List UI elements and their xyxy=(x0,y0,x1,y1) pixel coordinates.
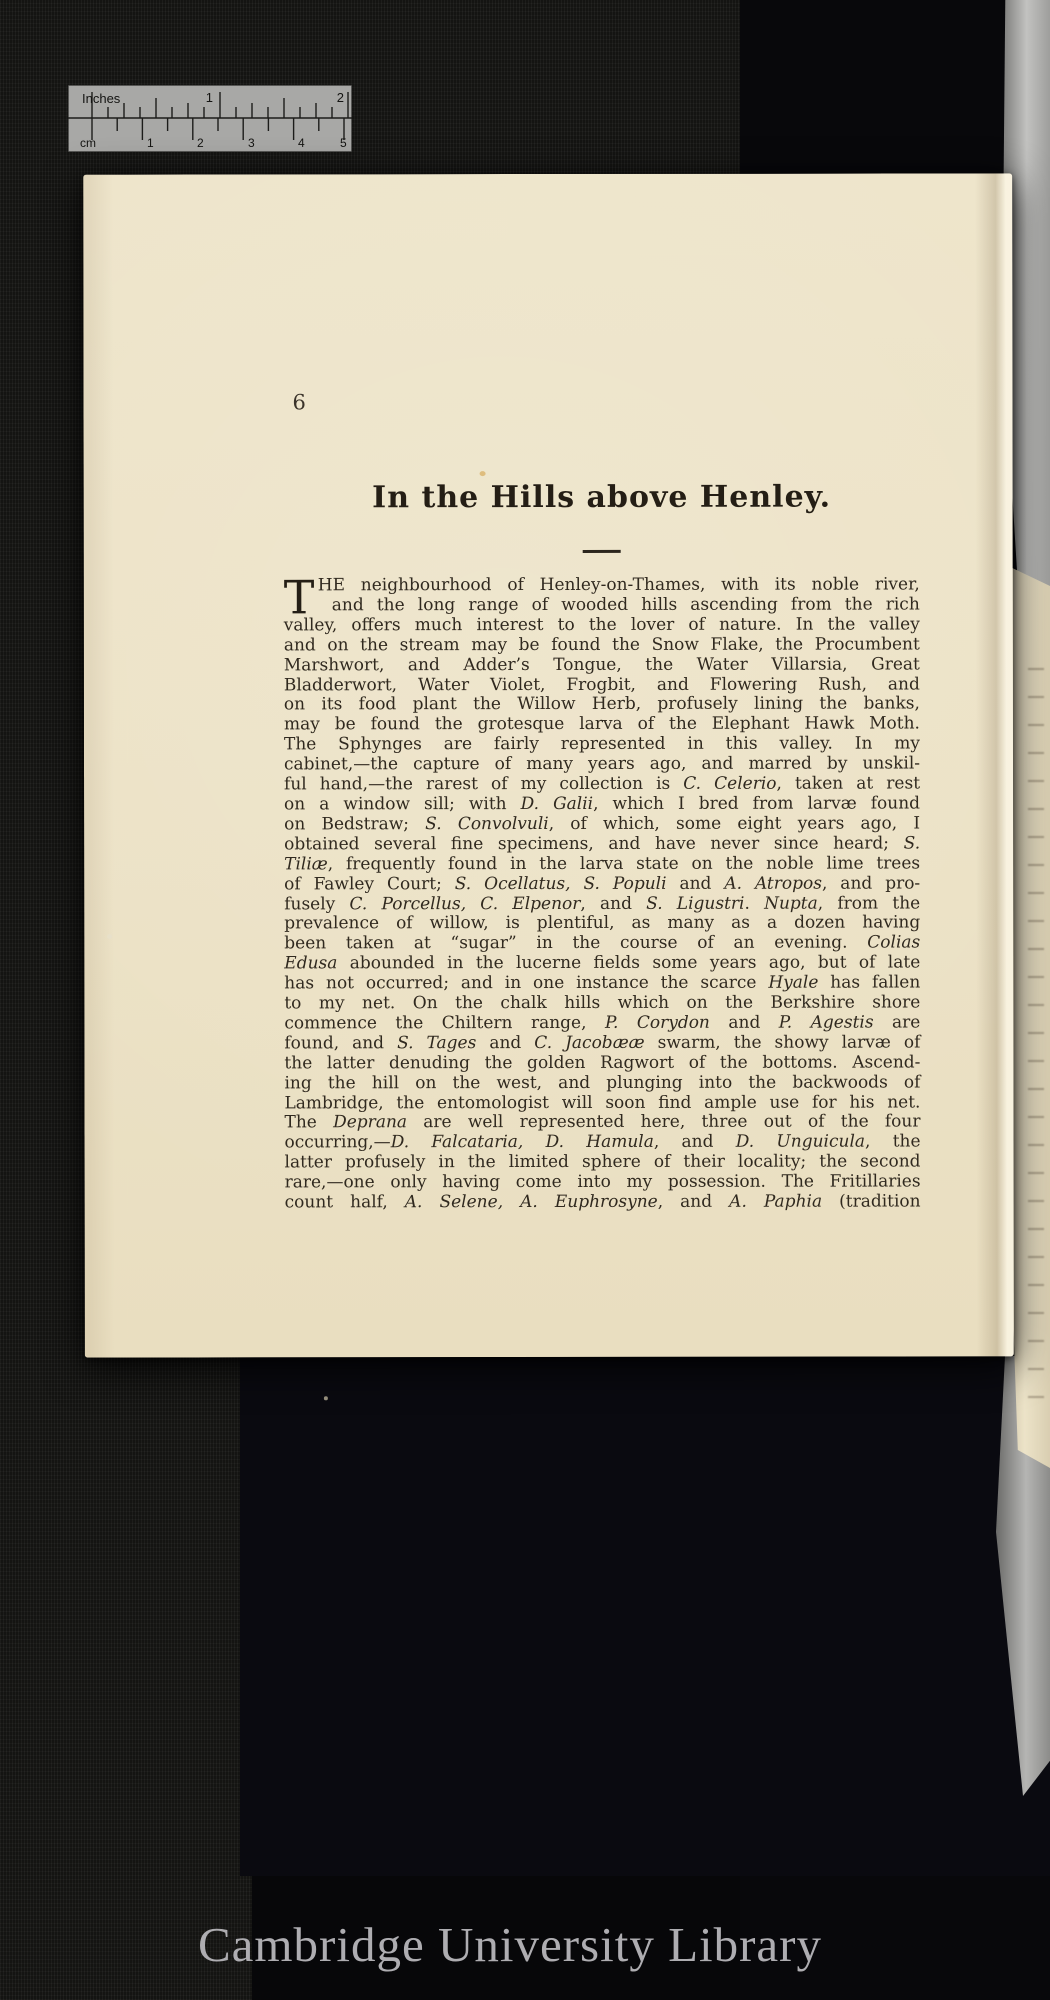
page-title: In the Hills above Henley. xyxy=(284,479,920,515)
body-line: on a window sill; with D. Galii, which I… xyxy=(284,794,920,815)
body-line: count half, A. Selene, A. Euphrosyne, an… xyxy=(285,1193,921,1214)
drop-cap: T xyxy=(284,576,315,618)
paper-speck xyxy=(324,1396,328,1400)
body-text: T HE neighbourhood of Henley-on-Thames, … xyxy=(284,575,921,1213)
body-line: obtained several fine specimens, and hav… xyxy=(284,834,920,855)
body-line: Bladderwort, Water Violet, Frogbit, and … xyxy=(284,675,920,696)
body-line: may be found the grotesque larva of the … xyxy=(284,715,920,736)
body-line: has not occurred; and in one instance th… xyxy=(284,974,920,995)
body-line: on its food plant the Willow Herb, profu… xyxy=(284,695,920,716)
page-number: 6 xyxy=(292,390,305,414)
ruler-inch-1: 1 xyxy=(206,90,213,105)
ruler-cm-label: cm xyxy=(80,136,96,150)
body-line: ing the hill on the west, and plunging i… xyxy=(284,1073,920,1094)
dust-speck xyxy=(107,934,112,939)
body-line: of Fawley Court; S. Ocellatus, S. Populi… xyxy=(284,874,920,895)
fore-edge-blurred-text xyxy=(1028,668,1044,1408)
library-watermark: Cambridge University Library xyxy=(0,1916,1020,1973)
body-line: Lambridge, the entomologist will soon fi… xyxy=(284,1093,920,1114)
body-line: been taken at “sugar” in the course of a… xyxy=(284,934,920,955)
body-line: rare,—one only having come into my posse… xyxy=(285,1173,921,1194)
paper-speck xyxy=(480,471,486,476)
body-line: and on the stream may be found the Snow … xyxy=(284,635,920,656)
body-line: the latter denuding the golden Ragwort o… xyxy=(284,1053,920,1074)
body-line: commence the Chiltern range, P. Corydon … xyxy=(284,1013,920,1034)
body-line: Edusa abounded in the lucerne fields som… xyxy=(284,954,920,975)
body-line: latter profusely in the limited sphere o… xyxy=(285,1153,921,1174)
body-line: and the long range of wooded hills ascen… xyxy=(284,595,920,616)
scanned-book-photo: Inches 1 2 cm 1 2 3 4 5 6 In the Hills a… xyxy=(0,0,1050,2000)
body-line: cabinet,—the capture of many years ago, … xyxy=(284,755,920,776)
body-line: The Sphynges are fairly represented in t… xyxy=(284,735,920,756)
body-line: found, and S. Tages and C. Jacobææ swarm… xyxy=(284,1033,920,1054)
ruler-cm-1: 1 xyxy=(147,136,154,150)
body-line: Tiliæ, frequently found in the larva sta… xyxy=(284,854,920,875)
ruler-inch-2: 2 xyxy=(337,90,344,105)
body-line: Marshwort, and Adder’s Tongue, the Water… xyxy=(284,655,920,676)
body-line: The Deprana are well represented here, t… xyxy=(284,1113,920,1134)
body-line: ful hand,—the rarest of my collection is… xyxy=(284,775,920,796)
background-velvet-bottom xyxy=(240,1356,1050,1876)
title-divider-rule xyxy=(583,550,621,553)
body-line: HE neighbourhood of Henley-on-Thames, wi… xyxy=(284,575,920,596)
ruler-cm-3: 3 xyxy=(248,136,255,150)
body-line: occurring,—D. Falcataria, D. Hamula, and… xyxy=(285,1133,921,1154)
book-page: 6 In the Hills above Henley. T HE neighb… xyxy=(83,173,1014,1357)
ruler-cm-5: 5 xyxy=(340,136,347,150)
measurement-ruler: Inches 1 2 cm 1 2 3 4 5 xyxy=(68,85,352,152)
ruler-cm-2: 2 xyxy=(197,136,204,150)
body-line: valley, offers much interest to the love… xyxy=(284,615,920,636)
body-line: to my net. On the chalk hills which on t… xyxy=(284,994,920,1015)
body-line: on Bedstraw; S. Convolvuli, of which, so… xyxy=(284,814,920,835)
body-line: prevalence of willow, is plentiful, as m… xyxy=(284,914,920,935)
ruler-cm-4: 4 xyxy=(298,136,305,150)
body-line: fusely C. Porcellus, C. Elpenor, and S. … xyxy=(284,894,920,915)
ruler-inches-label: Inches xyxy=(82,91,121,106)
